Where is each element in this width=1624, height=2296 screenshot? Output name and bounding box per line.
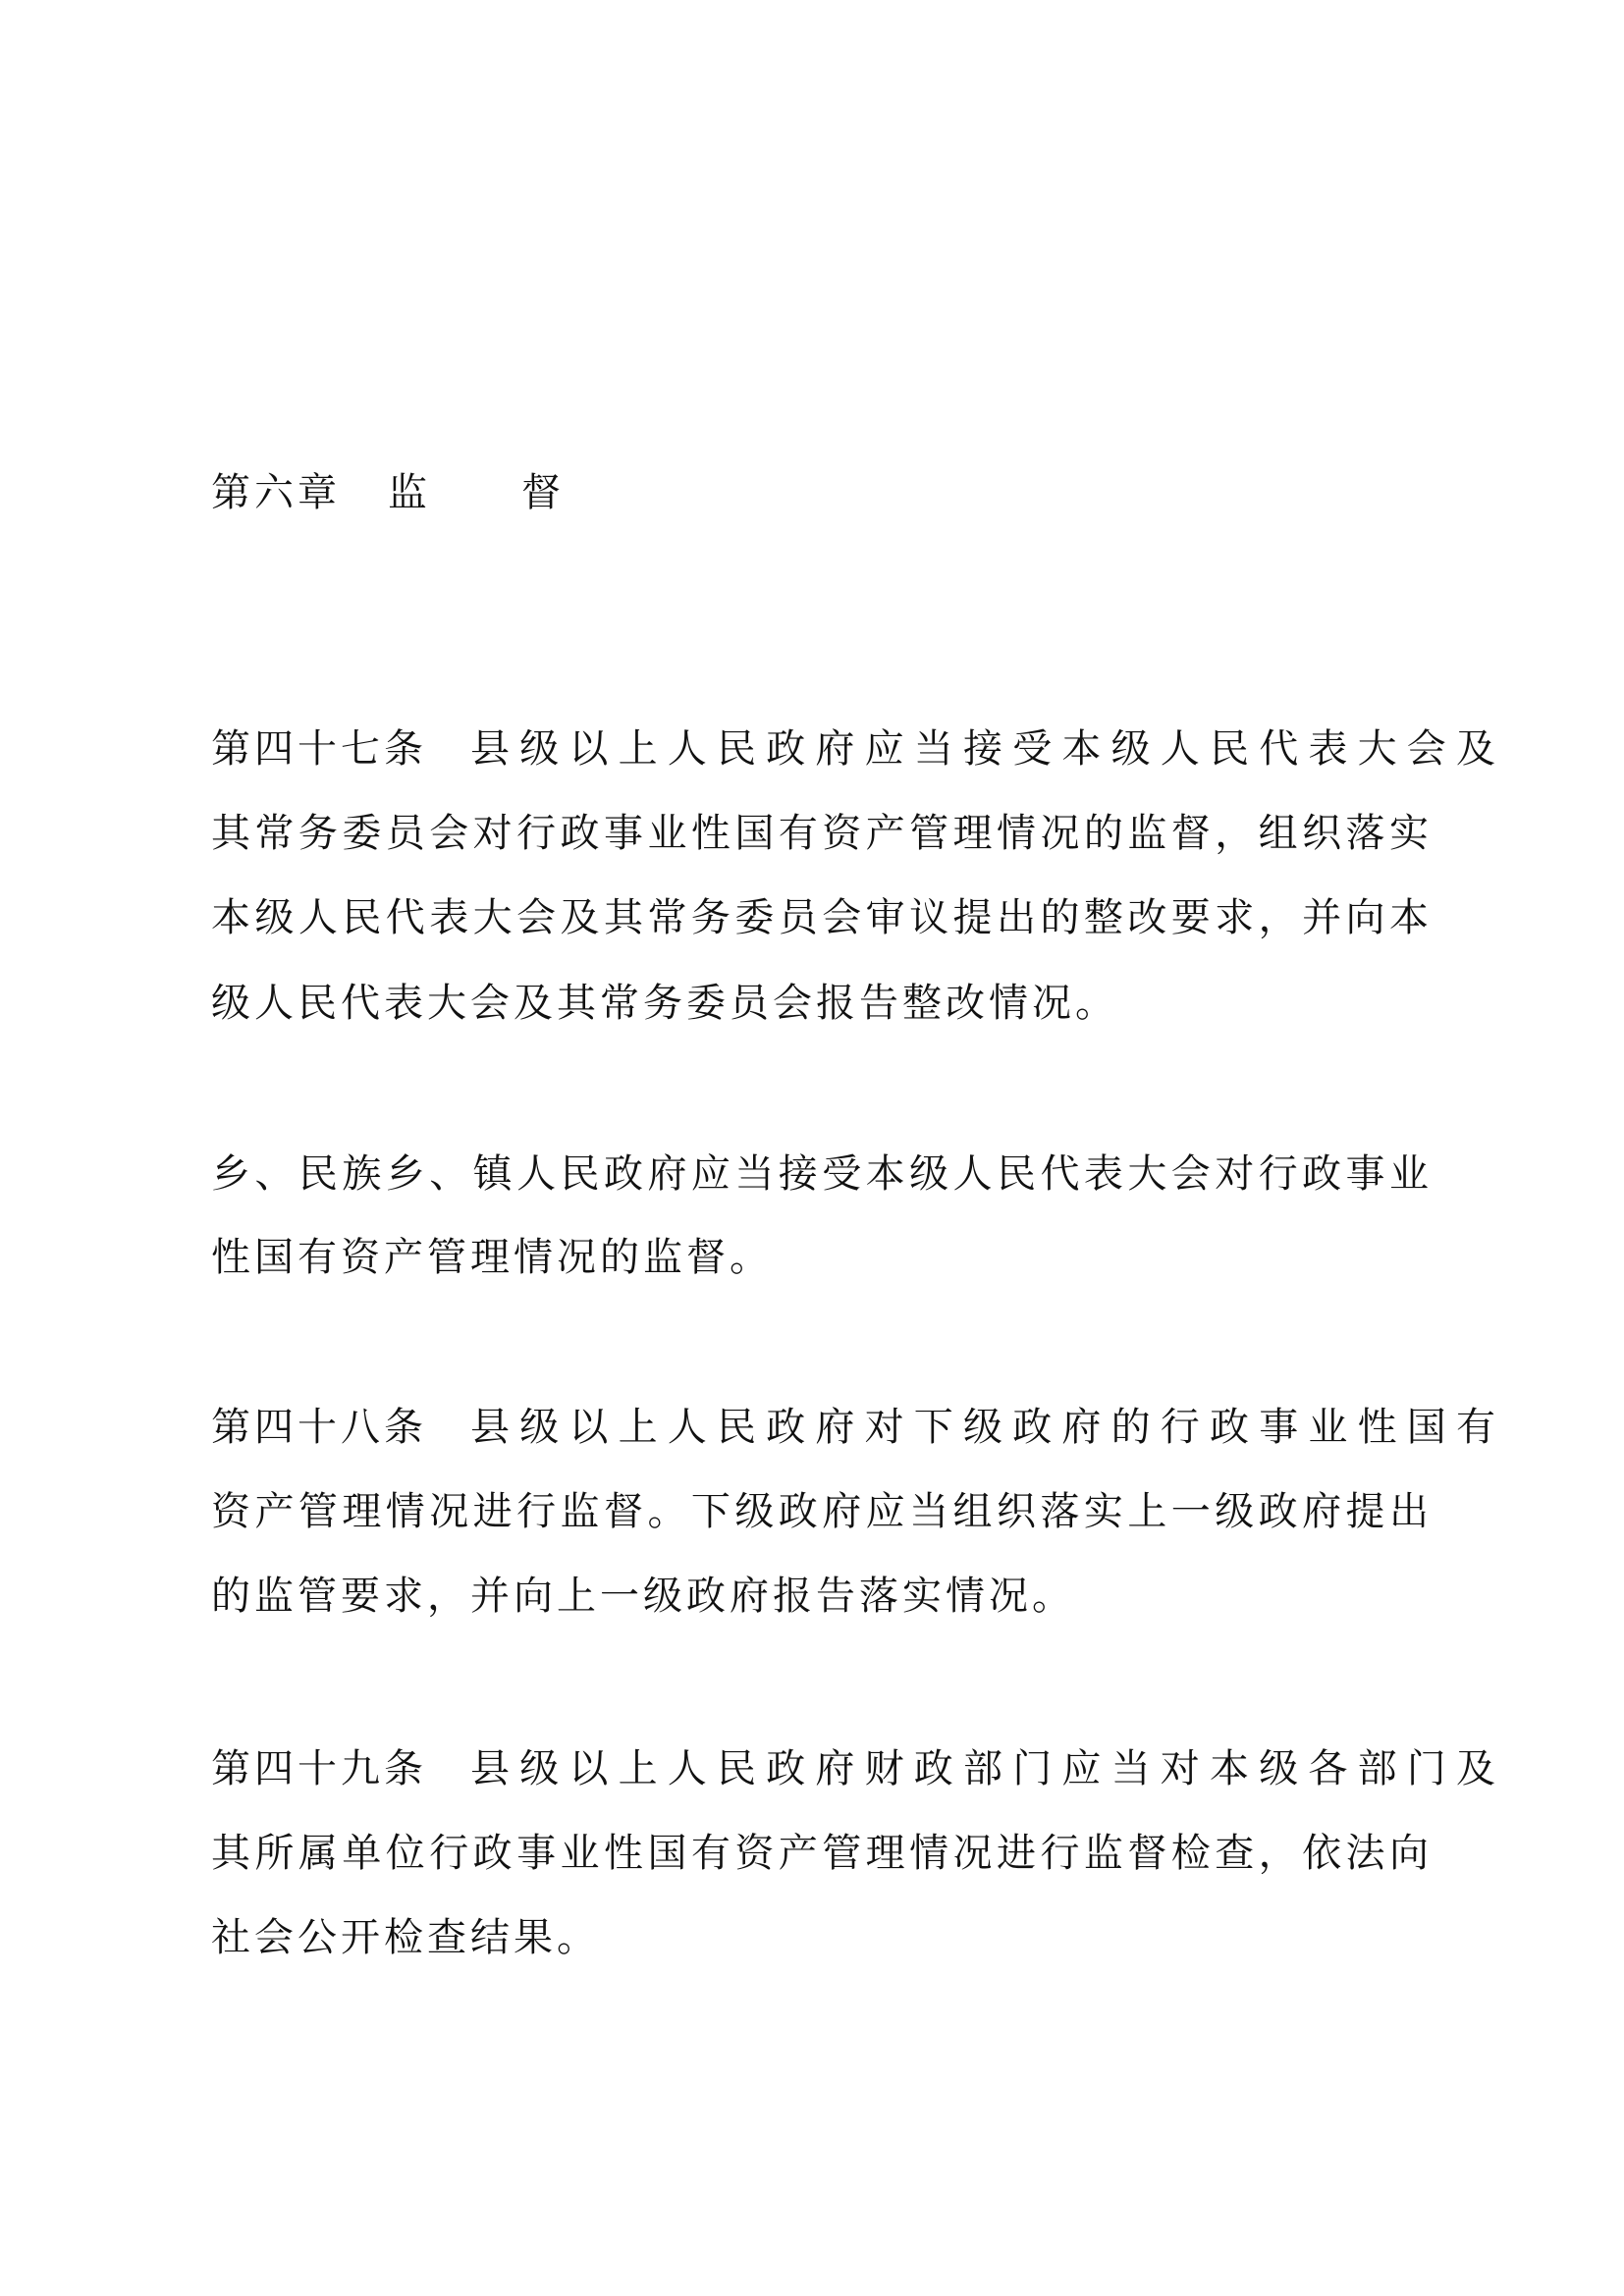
article-48-line-3: 的监管要求，并向上一级政府报告落实情况。 xyxy=(211,1573,1075,1620)
article-text: 县级以上人民政府应当接受本级人民代表大会及 xyxy=(470,726,1505,772)
chapter-title-part-2: 督 xyxy=(521,470,565,515)
article-number: 第四十九条 xyxy=(211,1745,427,1792)
chapter-heading: 第六章监督 xyxy=(211,469,565,516)
article-text: 县级以上人民政府对下级政府的行政事业性国有 xyxy=(470,1405,1505,1450)
article-49-line-3: 社会公开检查结果。 xyxy=(211,1914,600,1961)
article-49-line-2: 其所属单位行政事业性国有资产管理情况进行监督检查，依法向 xyxy=(211,1830,1433,1877)
article-47-line-3: 本级人民代表大会及其常务委员会审议提出的整改要求，并向本 xyxy=(211,894,1433,941)
article-47-line-4: 级人民代表大会及其常务委员会报告整改情况。 xyxy=(211,980,1118,1027)
article-47-line-2: 其常务委员会对行政事业性国有资产管理情况的监督，组织落实 xyxy=(211,810,1433,857)
article-48-line-1: 第四十八条县级以上人民政府对下级政府的行政事业性国有 xyxy=(211,1404,1429,1451)
article-number: 第四十八条 xyxy=(211,1404,427,1451)
article-number: 第四十七条 xyxy=(211,725,427,773)
township-line-1: 乡、民族乡、镇人民政府应当接受本级人民代表大会对行政事业 xyxy=(211,1150,1433,1198)
article-text: 县级以上人民政府财政部门应当对本级各部门及 xyxy=(470,1746,1505,1791)
chapter-number: 第六章 xyxy=(211,470,341,515)
document-page: 第六章监督 第四十七条县级以上人民政府应当接受本级人民代表大会及 其常务委员会对… xyxy=(0,0,1624,2296)
article-48-line-2: 资产管理情况进行监督。下级政府应当组织落实上一级政府提出 xyxy=(211,1488,1433,1535)
township-line-2: 性国有资产管理情况的监督。 xyxy=(211,1234,773,1281)
chapter-title-part-1: 监 xyxy=(388,470,431,515)
article-49-line-1: 第四十九条县级以上人民政府财政部门应当对本级各部门及 xyxy=(211,1745,1429,1792)
article-47-line-1: 第四十七条县级以上人民政府应当接受本级人民代表大会及 xyxy=(211,725,1429,773)
